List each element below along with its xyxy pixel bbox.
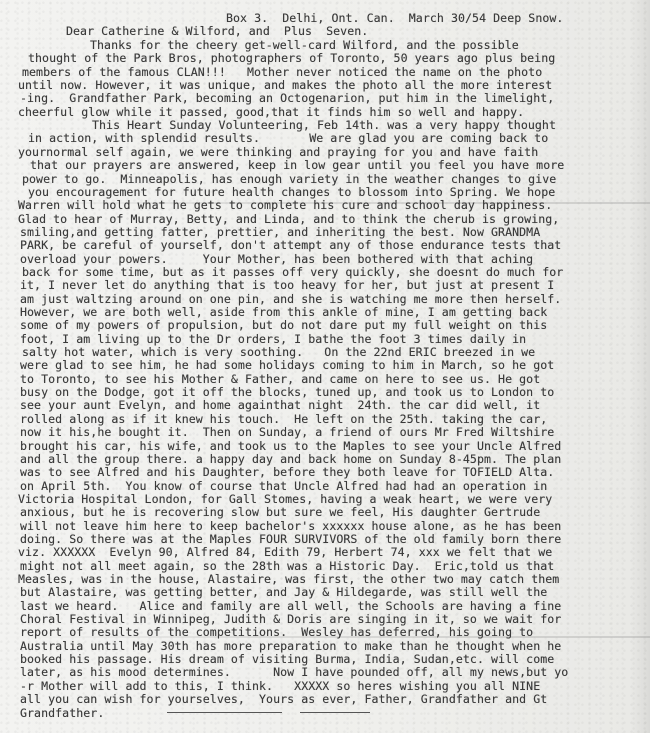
- letter-line: This Heart Sunday Volunteering, Feb 14th…: [92, 119, 556, 132]
- letter-line: now it his,he bought it. Then on Sunday,…: [20, 426, 554, 439]
- letter-line: report of results of the competitions. W…: [20, 626, 533, 639]
- letter-line: PARK, be careful of yourself, don't atte…: [20, 239, 561, 252]
- letter-line: to Toronto, to see his Mother & Father, …: [20, 373, 540, 386]
- letter-line: will not leave him here to keep bachelor…: [20, 520, 561, 533]
- letter-line: Measles, was in the house, Alastaire, wa…: [18, 573, 559, 586]
- letter-line: Glad to hear of Murray, Betty, and Linda…: [18, 213, 559, 226]
- letter-line: some of my powers of propulsion, but do …: [20, 319, 547, 332]
- letter-line: was to see Alfred and his Daughter, befo…: [20, 466, 554, 479]
- letter-line: were glad to see him, he had some holida…: [20, 359, 554, 372]
- letter-line: doing. So there was at the Maples FOUR S…: [20, 533, 561, 546]
- letter-line: cheerful glow while it passed, good,that…: [18, 106, 524, 119]
- letter-line: but Alastaire, was getting better, and J…: [20, 586, 547, 599]
- letter-salutation: Dear Catherine & Wilford, and Plus Seven…: [66, 25, 368, 38]
- letter-line: all you can wish for yourselves, Yours a…: [20, 693, 547, 706]
- letter-line: later, as his mood determines. Now I hav…: [20, 666, 568, 679]
- letter-line: rolled along as if it knew his touch. He…: [20, 413, 547, 426]
- letter-line: Australia until May 30th has more prepar…: [20, 640, 561, 653]
- letter-line: Choral Festival in Winnipeg, Judith & Do…: [20, 613, 561, 626]
- letter-line: last we heard. Alice and family are all …: [20, 600, 561, 613]
- letter-line: see your aunt Evelyn, and home againthat…: [20, 399, 540, 412]
- letter-line: you encouragement for future health chan…: [28, 186, 555, 199]
- letter-line: brought his car, his wife, and took us t…: [20, 440, 561, 453]
- letter-line: power to go. Minneapolis, has enough var…: [22, 173, 556, 186]
- letter-line: that our prayers are answered, keep in l…: [30, 159, 564, 172]
- letter-line: Warren will hold what he gets to complet…: [18, 199, 552, 212]
- letter-line: thought of the Park Bros, photographers …: [28, 52, 555, 65]
- letter-line: However, we are both well, aside from th…: [20, 306, 547, 319]
- letter-line: back for some time, but as it passes off…: [22, 266, 563, 279]
- letter-line: -r Mother will add to this, I think. XXX…: [20, 680, 540, 693]
- letter-line: salty hot water, which is very soothing.…: [22, 346, 535, 359]
- letter-line: smiling,and getting fatter, prettier, an…: [20, 226, 540, 239]
- letter-line: -ing. Grandfather Park, becoming an Octo…: [20, 92, 554, 105]
- letter-line: yournormal self again, we were thinking …: [18, 146, 538, 159]
- letter-line: busy on the Dodge, got it off the blocks…: [20, 386, 554, 399]
- letter-line: anxious, but he is recovering slow but s…: [20, 506, 540, 519]
- letter-line: until now. However, it was unique, and m…: [18, 79, 552, 92]
- letter-line: overload your powers. Your Mother, has b…: [20, 253, 533, 266]
- letter-line: Victoria Hospital London, for Gall Stome…: [18, 493, 552, 506]
- letter-line: viz. XXXXXX Evelyn 90, Alfred 84, Edith …: [18, 546, 552, 559]
- letter-line: Grandfather.: [20, 707, 104, 720]
- letter-line: foot, I am living up to the Dr orders, I…: [20, 333, 526, 346]
- letter-line: might not all meet again, so the 28th wa…: [20, 560, 554, 573]
- letter-line: on April 5th. You know of course that Un…: [20, 480, 547, 493]
- letter-line: and all the group there. a happy day and…: [20, 453, 561, 466]
- letter-line: Thanks for the cheery get-well-card Wilf…: [90, 39, 519, 52]
- signature-underline: [300, 712, 370, 713]
- letter-line: members of the famous CLAN!!! Mother nev…: [22, 66, 542, 79]
- letter-line: in action, with splendid results. We are…: [28, 132, 548, 145]
- letter-line: am just waltzing around on one pin, and …: [20, 293, 561, 306]
- signature-underline: [167, 712, 282, 713]
- letter-line: booked his passage. His dream of visitin…: [20, 653, 554, 666]
- letter-line: it, I never let do anything that is too …: [20, 279, 554, 292]
